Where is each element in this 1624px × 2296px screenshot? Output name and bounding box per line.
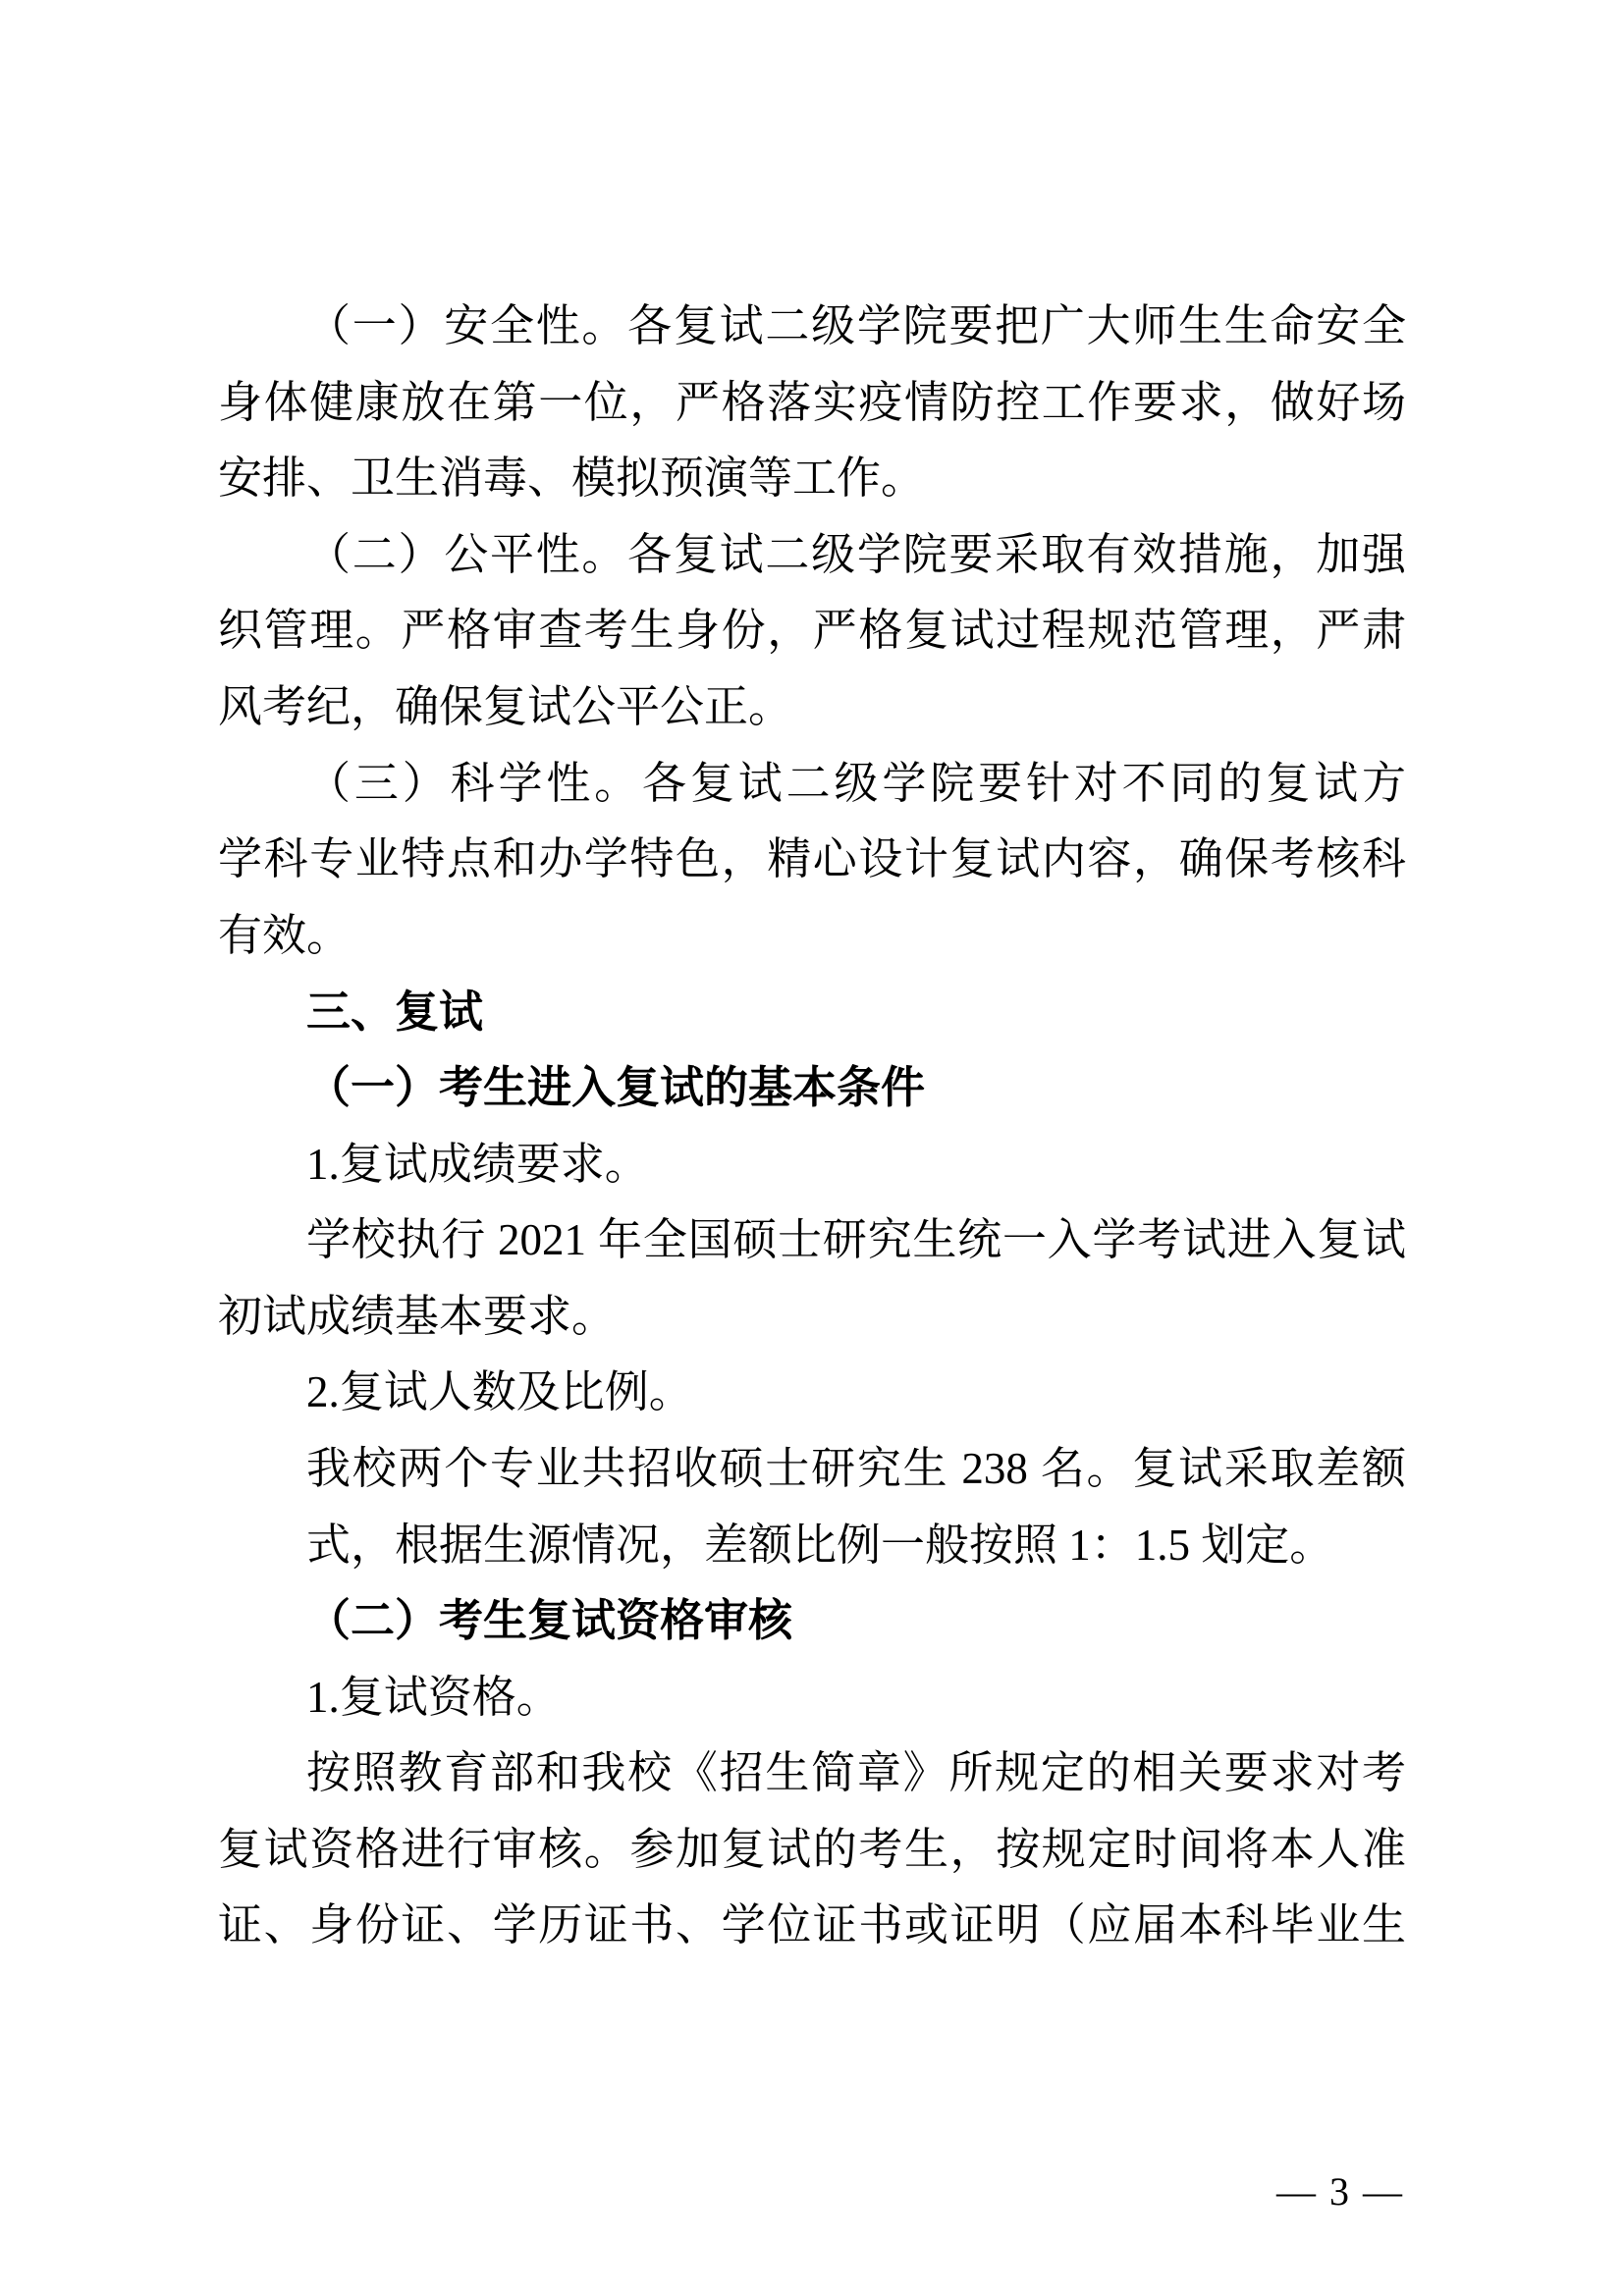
document-page: （一）安全性。各复试二级学院要把广大师生生命安全和 身体健康放在第一位，严格落实… xyxy=(0,0,1624,2296)
body-line: （三）科学性。各复试二级学院要针对不同的复试方式、 xyxy=(218,746,1406,823)
body-line: 学科专业特点和办学特色，精心设计复试内容，确保考核科学 xyxy=(218,822,1406,898)
body-line: 复试资格进行审核。参加复试的考生，按规定时间将本人准考 xyxy=(218,1812,1406,1889)
body-line: 1.复试成绩要求。 xyxy=(218,1127,1406,1203)
body-line: 初试成绩基本要求。 xyxy=(218,1279,1406,1356)
body-line: 织管理。严格审查考生身份，严格复试过程规范管理，严肃考 xyxy=(218,593,1406,669)
body-line: （二）公平性。各复试二级学院要采取有效措施，加强组 xyxy=(218,517,1406,594)
body-line: （一）安全性。各复试二级学院要把广大师生生命安全和 xyxy=(218,289,1406,365)
subsection-heading: （一）考生进入复试的基本条件 xyxy=(218,1050,1406,1127)
body-line: 安排、卫生消毒、模拟预演等工作。 xyxy=(218,441,1406,517)
body-line: 身体健康放在第一位，严格落实疫情防控工作要求，做好场地 xyxy=(218,365,1406,442)
body-line: 2.复试人数及比例。 xyxy=(218,1355,1406,1431)
body-line: 按照教育部和我校《招生简章》所规定的相关要求对考生 xyxy=(218,1735,1406,1812)
section-heading: 三、复试 xyxy=(218,974,1406,1050)
document-body: （一）安全性。各复试二级学院要把广大师生生命安全和 身体健康放在第一位，严格落实… xyxy=(218,289,1406,1964)
body-line: 1.复试资格。 xyxy=(218,1660,1406,1736)
body-line: 式，根据生源情况，差额比例一般按照 1：1.5 划定。 xyxy=(218,1508,1406,1584)
body-line: 我校两个专业共招收硕士研究生 238 名。复试采取差额形 xyxy=(218,1431,1406,1508)
page-number: — 3 — xyxy=(1262,2163,1419,2220)
subsection-heading: （二）考生复试资格审核 xyxy=(218,1583,1406,1660)
body-line: 有效。 xyxy=(218,898,1406,975)
body-line: 风考纪，确保复试公平公正。 xyxy=(218,669,1406,746)
body-line: 证、身份证、学历证书、学位证书或证明（应届本科毕业生为 xyxy=(218,1888,1406,1964)
body-line: 学校执行 2021 年全国硕士研究生统一入学考试进入复试的 xyxy=(218,1202,1406,1279)
